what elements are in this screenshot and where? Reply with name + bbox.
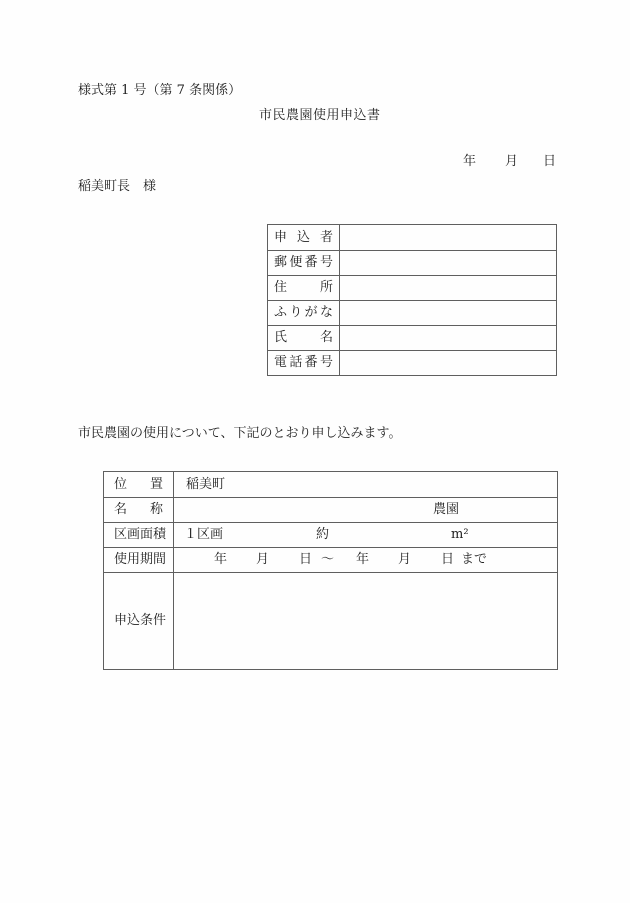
table-row: 使用期間 年 月 日 ～ 年 月 日 まで	[104, 547, 557, 572]
period-made-label: まで	[461, 553, 487, 567]
table-row: ふりがな	[268, 300, 556, 325]
table-row: 区画面積 １区画 約 m²	[104, 522, 557, 547]
period-month-from: 月	[256, 553, 269, 567]
table-row: 位置 稲美町	[104, 472, 557, 497]
period-month-to: 月	[398, 553, 411, 567]
table-row: 申込者	[268, 225, 556, 250]
period-day-to: 日	[441, 553, 454, 567]
farm-name-label: 名称	[104, 498, 174, 522]
page-title: 市民農園使用申込書	[259, 109, 381, 123]
table-row: 電話番号	[268, 350, 556, 375]
postal-code-label: 郵便番号	[268, 251, 340, 275]
approx-label: 約	[316, 528, 329, 542]
location-value: 稲美町	[174, 472, 557, 497]
use-period-label: 使用期間	[104, 548, 174, 572]
farm-name-value: 農園	[174, 498, 557, 522]
plot-count: １区画	[184, 528, 223, 542]
applicant-value	[340, 225, 556, 250]
name-value	[340, 326, 556, 350]
date-day-label: 日	[543, 155, 556, 169]
application-conditions-label: 申込条件	[104, 573, 174, 669]
application-conditions-value	[174, 573, 557, 669]
square-meter-unit: m²	[451, 528, 469, 542]
table-row: 住所	[268, 275, 556, 300]
application-details-table: 位置 稲美町 名称 農園 区画面積 １区画 約 m² 使用期間 年 月 日 ～	[103, 471, 558, 670]
furigana-value	[340, 301, 556, 325]
application-form-page: 様式第 1 号（第 7 条関係） 市民農園使用申込書 年 月 日 稲美町長 様 …	[0, 0, 630, 903]
statement: 市民農園の使用について、下記のとおり申し込みます。	[78, 427, 401, 441]
period-year-from: 年	[214, 553, 227, 567]
furigana-label: ふりがな	[268, 301, 340, 325]
table-row: 申込条件	[104, 572, 557, 669]
farm-suffix: 農園	[433, 503, 459, 517]
plot-area-label: 区画面積	[104, 523, 174, 547]
location-label: 位置	[104, 472, 174, 497]
plot-area-value: １区画 約 m²	[174, 523, 557, 547]
table-row: 氏名	[268, 325, 556, 350]
name-label: 氏名	[268, 326, 340, 350]
date-year-label: 年	[463, 155, 476, 169]
applicant-label: 申込者	[268, 225, 340, 250]
phone-number-label: 電話番号	[268, 351, 340, 375]
period-day-from: 日	[299, 553, 312, 567]
addressee: 稲美町長 様	[78, 180, 156, 194]
use-period-value: 年 月 日 ～ 年 月 日 まで	[174, 548, 557, 572]
form-number: 様式第 1 号（第 7 条関係）	[78, 84, 241, 98]
period-tilde: ～	[321, 553, 334, 567]
postal-code-value	[340, 251, 556, 275]
table-row: 郵便番号	[268, 250, 556, 275]
address-label: 住所	[268, 276, 340, 300]
period-year-to: 年	[356, 553, 369, 567]
table-row: 名称 農園	[104, 497, 557, 522]
phone-number-value	[340, 351, 556, 375]
applicant-info-table: 申込者 郵便番号 住所 ふりがな 氏名 電話番号	[267, 224, 557, 376]
address-value	[340, 276, 556, 300]
date-month-label: 月	[505, 155, 518, 169]
